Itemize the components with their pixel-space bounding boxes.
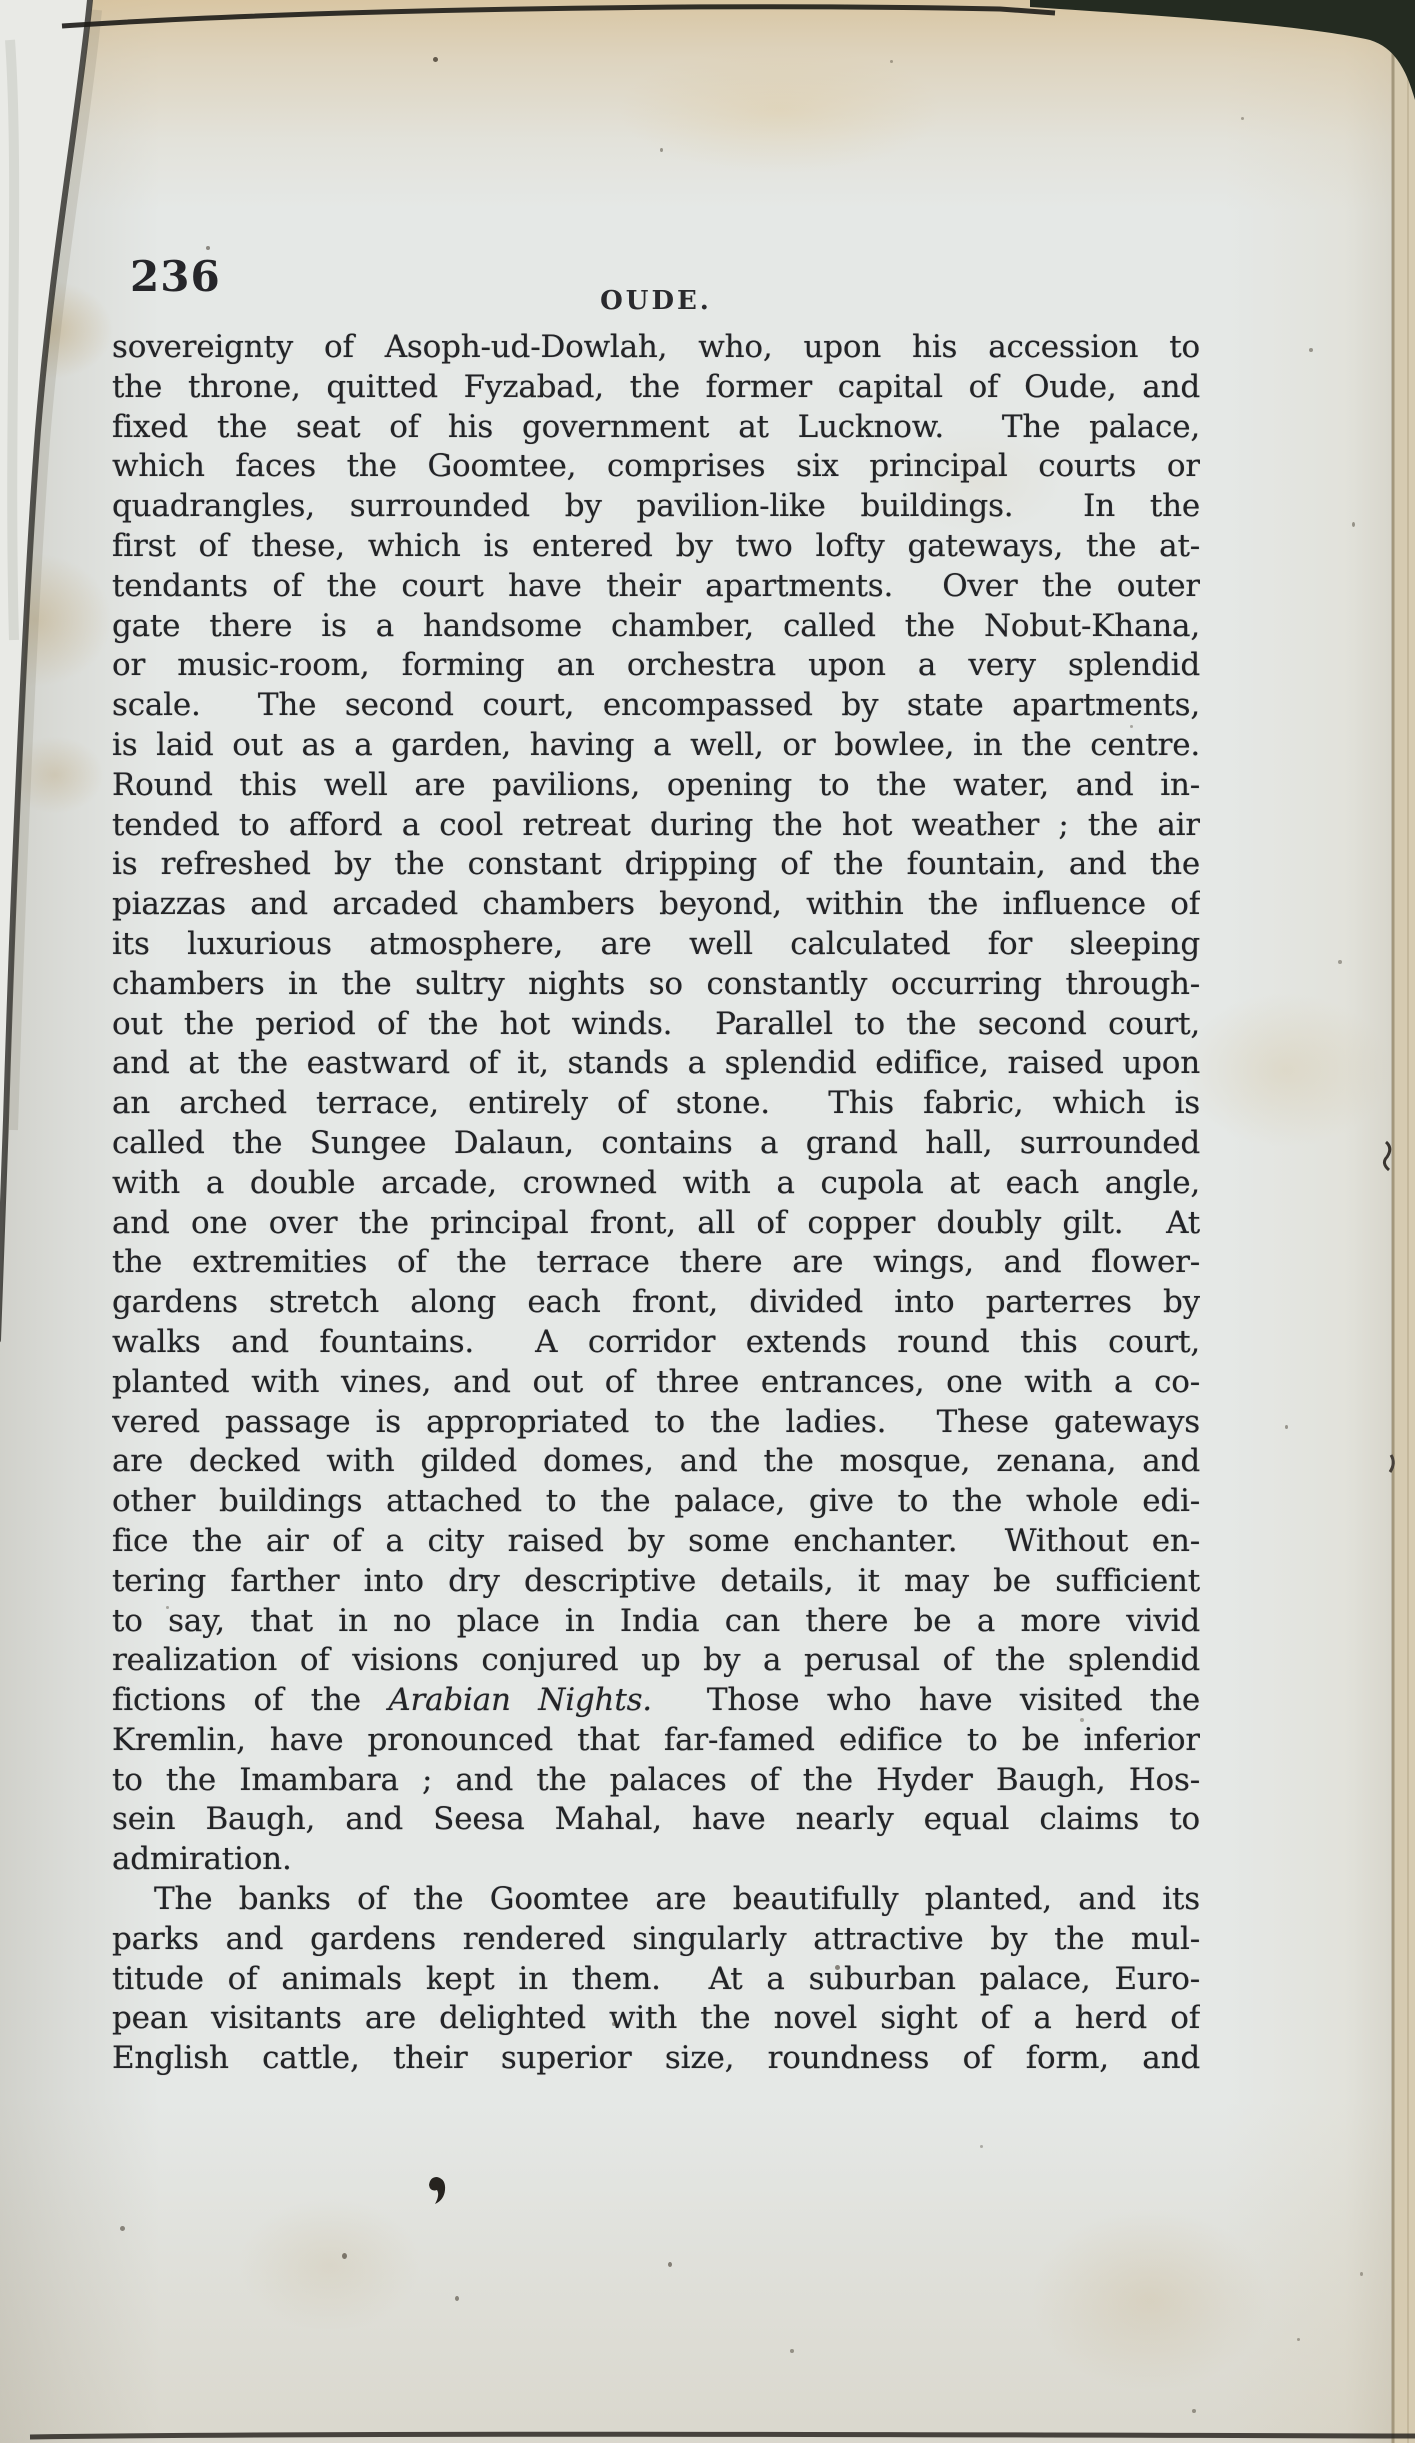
text-segment: the extremities of the terrace there are… (112, 1244, 1200, 1280)
text-line: Round this well are pavilions, opening t… (112, 766, 1200, 806)
body-text: sovereignty of Asoph-ud-Dowlah, who, upo… (112, 328, 1200, 2079)
text-line: realization of visions conjured up by a … (112, 1641, 1200, 1681)
text-segment: realization of visions conjured up by a … (112, 1642, 1200, 1678)
stain-speckle (1080, 1718, 1084, 1722)
stain-speckle (660, 148, 663, 152)
text-segment: pean visitants are delighted with the no… (112, 2000, 1200, 2036)
text-segment: and one over the principal front, all of… (112, 1205, 1200, 1241)
page: 236 OUDE. sovereignty of Asoph-ud-Dowlah… (0, 0, 1415, 2443)
text-line: and one over the principal front, all of… (112, 1204, 1200, 1244)
stain-speckle (1192, 2409, 1196, 2413)
text-line: pean visitants are delighted with the no… (112, 1999, 1200, 2039)
text-segment: The banks of the Goomtee are beautifully… (154, 1881, 1200, 1917)
text-segment: vered passage is appropriated to the lad… (112, 1404, 1200, 1440)
text-segment: scale. The second court, encompassed by … (112, 687, 1200, 723)
margin-mark (1390, 1455, 1393, 1472)
text-line: walks and fountains. A corridor extends … (112, 1323, 1200, 1363)
text-segment: Round this well are pavilions, opening t… (112, 767, 1200, 803)
stain-speckle (1352, 522, 1355, 527)
text-segment: tering farther into dry descriptive deta… (112, 1563, 1200, 1599)
text-line: and at the eastward of it, stands a sple… (112, 1044, 1200, 1084)
text-segment: which faces the Goomtee, comprises six p… (112, 448, 1200, 484)
text-line: fixed the seat of his government at Luck… (112, 408, 1200, 448)
text-segment: chambers in the sultry nights so constan… (112, 966, 1200, 1002)
text-segment: admiration. (112, 1841, 292, 1877)
text-segment: titude of animals kept in them. At a sub… (112, 1961, 1200, 1997)
text-segment: Those who have visited the (652, 1682, 1200, 1718)
text-segment: walks and fountains. A corridor extends … (112, 1324, 1200, 1360)
text-segment: to say, that in no place in India can th… (112, 1603, 1200, 1639)
gutter-crease-line (0, 0, 90, 1340)
text-segment: to the Imambara ; and the palaces of the… (112, 1762, 1200, 1798)
text-segment: planted with vines, and out of three ent… (112, 1364, 1200, 1400)
text-segment: sein Baugh, and Seesa Mahal, have nearly… (112, 1801, 1200, 1837)
ink-spot (429, 2177, 445, 2204)
text-segment: tendants of the court have their apartme… (112, 568, 1200, 604)
stain-speckle (1360, 2272, 1363, 2276)
running-head: 236 OUDE. (112, 0, 1200, 330)
text-line: tendants of the court have their apartme… (112, 567, 1200, 607)
text-segment: English cattle, their superior size, rou… (112, 2040, 1200, 2076)
text-line: Kremlin, have pronounced that far-famed … (112, 1721, 1200, 1761)
stain-speckle (120, 2226, 125, 2231)
stain-speckle (980, 2145, 983, 2148)
text-line: scale. The second court, encompassed by … (112, 686, 1200, 726)
text-line: gardens stretch along each front, divide… (112, 1283, 1200, 1323)
text-line: titude of animals kept in them. At a sub… (112, 1960, 1200, 2000)
text-line: sein Baugh, and Seesa Mahal, have nearly… (112, 1800, 1200, 1840)
stain-speckle (835, 1965, 840, 1970)
text-segment: with a double arcade, crowned with a cup… (112, 1165, 1200, 1201)
text-line: to say, that in no place in India can th… (112, 1602, 1200, 1642)
book-page-photo: 236 OUDE. sovereignty of Asoph-ud-Dowlah… (0, 0, 1415, 2443)
binding-cloth-edge (0, 0, 92, 1330)
text-segment: parks and gardens rendered singularly at… (112, 1921, 1200, 1957)
text-segment: first of these, which is entered by two … (112, 528, 1200, 564)
stain-speckle (166, 1606, 169, 1609)
stain-speckle (790, 2349, 794, 2353)
text-line: called the Sungee Dalaun, contains a gra… (112, 1124, 1200, 1164)
text-line: or music-room, forming an orchestra upon… (112, 646, 1200, 686)
stain-speckle (1241, 117, 1244, 120)
text-line: piazzas and arcaded chambers beyond, wit… (112, 885, 1200, 925)
text-segment: quadrangles, surrounded by pavilion-like… (112, 488, 1200, 524)
stain-speckle (455, 2296, 459, 2301)
stain-speckle (1309, 348, 1313, 352)
text-segment: and at the eastward of it, stands a sple… (112, 1045, 1200, 1081)
running-header: OUDE. (600, 286, 712, 316)
text-segment: Kremlin, have pronounced that far-famed … (112, 1722, 1200, 1758)
text-segment: fixed the seat of his government at Luck… (112, 409, 1200, 445)
text-segment: sovereignty of Asoph-ud-Dowlah, who, upo… (112, 329, 1200, 365)
text-line: which faces the Goomtee, comprises six p… (112, 447, 1200, 487)
text-line: admiration. (112, 1840, 1200, 1880)
text-segment: out the period of the hot winds. Paralle… (112, 1006, 1200, 1042)
stain-speckle (206, 246, 210, 250)
stain-speckle (890, 60, 893, 63)
text-line: the extremities of the terrace there are… (112, 1243, 1200, 1283)
text-line: the throne, quitted Fyzabad, the former … (112, 368, 1200, 408)
text-segment: gate there is a handsome chamber, called… (112, 608, 1200, 644)
text-line: are decked with gilded domes, and the mo… (112, 1442, 1200, 1482)
bottom-page-edge-line (30, 2434, 1415, 2437)
text-segment: its luxurious atmosphere, are well calcu… (112, 926, 1200, 962)
text-line: tering farther into dry descriptive deta… (112, 1562, 1200, 1602)
text-segment: called the Sungee Dalaun, contains a gra… (112, 1125, 1200, 1161)
stain-speckle (433, 57, 438, 62)
text-segment: fictions of the (112, 1682, 388, 1718)
page-edge-strip-right (1392, 26, 1415, 2443)
stain-speckle (612, 2022, 616, 2026)
running-header-wrap: OUDE. (112, 286, 1200, 316)
stain-speckle (1130, 725, 1133, 728)
text-line: fictions of the Arabian Nights. Those wh… (112, 1681, 1200, 1721)
text-segment: an arched terrace, entirely of stone. Th… (112, 1085, 1200, 1121)
text-line: its luxurious atmosphere, are well calcu… (112, 925, 1200, 965)
text-segment: are decked with gilded domes, and the mo… (112, 1443, 1200, 1479)
text-line: chambers in the sultry nights so constan… (112, 965, 1200, 1005)
text-line: parks and gardens rendered singularly at… (112, 1920, 1200, 1960)
text-line: with a double arcade, crowned with a cup… (112, 1164, 1200, 1204)
text-segment: other buildings attached to the palace, … (112, 1483, 1200, 1519)
stain-speckle (1285, 1425, 1288, 1429)
stain-speckle (668, 2262, 672, 2267)
text-line: an arched terrace, entirely of stone. Th… (112, 1084, 1200, 1124)
text-line: fice the air of a city raised by some en… (112, 1522, 1200, 1562)
text-segment: or music-room, forming an orchestra upon… (112, 647, 1200, 683)
text-segment: fice the air of a city raised by some en… (112, 1523, 1200, 1559)
text-segment: tended to afford a cool retreat during t… (112, 807, 1200, 843)
text-line: planted with vines, and out of three ent… (112, 1363, 1200, 1403)
text-line: vered passage is appropriated to the lad… (112, 1403, 1200, 1443)
text-line: is refreshed by the constant dripping of… (112, 845, 1200, 885)
text-line: to the Imambara ; and the palaces of the… (112, 1761, 1200, 1801)
text-line: sovereignty of Asoph-ud-Dowlah, who, upo… (112, 328, 1200, 368)
text-line: is laid out as a garden, having a well, … (112, 726, 1200, 766)
text-segment: is laid out as a garden, having a well, … (112, 727, 1200, 763)
text-line: gate there is a handsome chamber, called… (112, 607, 1200, 647)
text-segment: piazzas and arcaded chambers beyond, wit… (112, 886, 1200, 922)
stain-speckle (1338, 960, 1342, 964)
stain-speckle (342, 2253, 347, 2259)
text-line: first of these, which is entered by two … (112, 527, 1200, 567)
margin-mark (1384, 1142, 1389, 1170)
text-segment: gardens stretch along each front, divide… (112, 1284, 1200, 1320)
stain-speckle (1297, 2338, 1300, 2341)
text-line: English cattle, their superior size, rou… (112, 2039, 1200, 2079)
text-line: other buildings attached to the palace, … (112, 1482, 1200, 1522)
text-segment: the throne, quitted Fyzabad, the former … (112, 369, 1200, 405)
italic-text-segment: Arabian Nights. (388, 1682, 652, 1718)
text-line: quadrangles, surrounded by pavilion-like… (112, 487, 1200, 527)
text-line: tended to afford a cool retreat during t… (112, 806, 1200, 846)
text-line: The banks of the Goomtee are beautifully… (112, 1880, 1200, 1920)
text-line: out the period of the hot winds. Paralle… (112, 1005, 1200, 1045)
text-segment: is refreshed by the constant dripping of… (112, 846, 1200, 882)
